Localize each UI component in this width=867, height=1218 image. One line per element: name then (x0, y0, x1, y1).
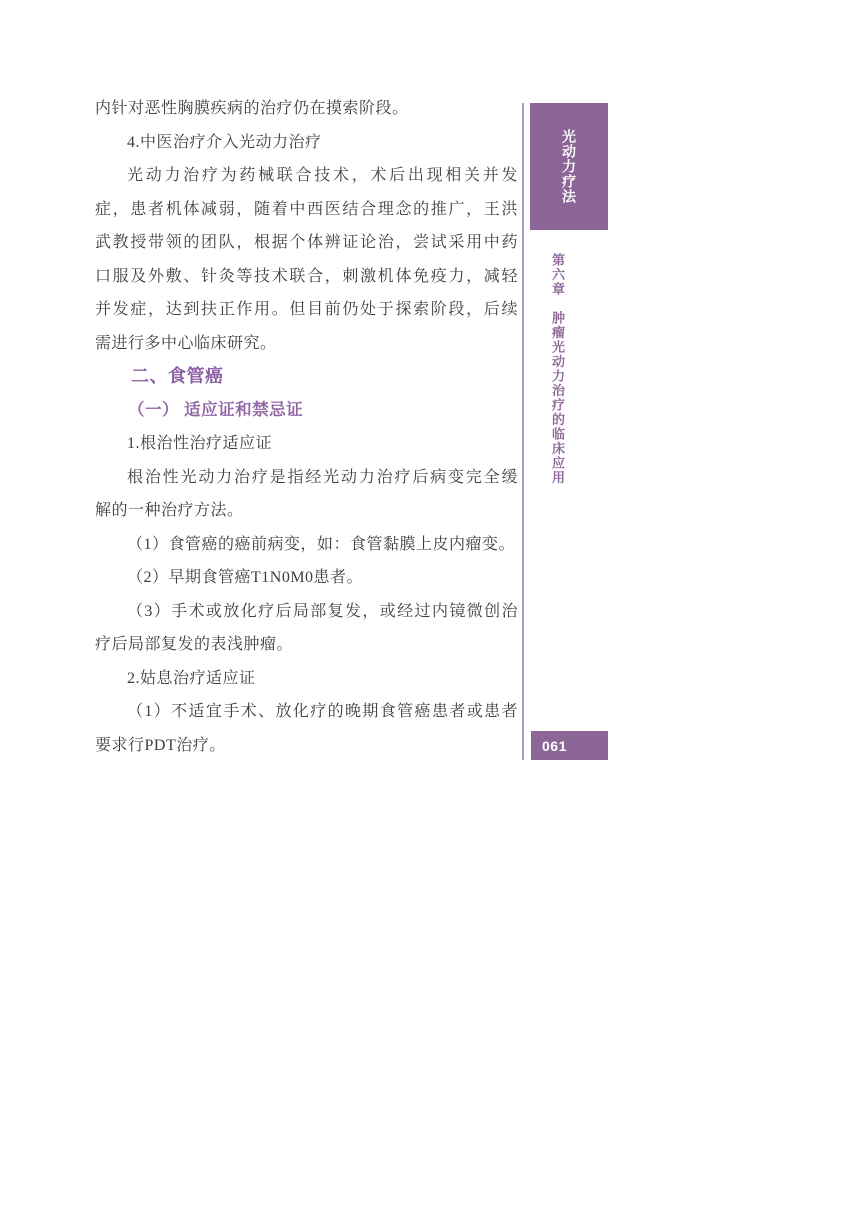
paragraph: 4.中医治疗介入光动力治疗 (95, 126, 518, 160)
paragraph: （3）手术或放化疗后局部复发，或经过内镜微创治疗后局部复发的表浅肿瘤。 (95, 595, 518, 662)
text-line: 疗后局部复发的表浅肿瘤。 (95, 628, 518, 662)
book-page: 内针对恶性胸膜疾病的治疗仍在摸索阶段。4.中医治疗介入光动力治疗光动力治疗为药械… (0, 0, 867, 1218)
page-number-badge: 061 (531, 731, 608, 760)
paragraph: （2）早期食管癌T1N0M0患者。 (95, 561, 518, 595)
book-title-vertical-label: 光动力疗法 (559, 129, 579, 204)
paragraph: 1.根治性治疗适应证 (95, 427, 518, 461)
text-line: 口服及外敷、针灸等技术联合，刺激机体免疫力，减轻 (95, 260, 518, 294)
text-line: 解的一种治疗方法。 (95, 494, 518, 528)
paragraph: （1）不适宜手术、放化疗的晚期食管癌患者或患者要求行PDT治疗。 (95, 695, 518, 762)
text-line: 要求行PDT治疗。 (95, 729, 518, 763)
text-line: 根治性光动力治疗是指经光动力治疗后病变完全缓 (95, 461, 518, 495)
subsection-heading: （一） 适应证和禁忌证 (95, 394, 518, 428)
chapter-label: 第六章 肿瘤光动力治疗的临床应用 (548, 253, 567, 553)
text-line: 并发症，达到扶正作用。但目前仍处于探索阶段，后续 (95, 293, 518, 327)
text-line: 2.姑息治疗适应证 (95, 662, 518, 696)
text-line: （3）手术或放化疗后局部复发，或经过内镜微创治 (95, 595, 518, 629)
paragraph: （1）食管癌的癌前病变，如：食管黏膜上皮内瘤变。 (95, 528, 518, 562)
text-line: 光动力治疗为药械联合技术，术后出现相关并发 (95, 159, 518, 193)
text-line: 武教授带领的团队，根据个体辨证论治，尝试采用中药 (95, 226, 518, 260)
text-line: 二、食管癌 (95, 360, 518, 394)
text-line: （2）早期食管癌T1N0M0患者。 (95, 561, 518, 595)
text-line: （1）食管癌的癌前病变，如：食管黏膜上皮内瘤变。 (95, 528, 518, 562)
text-line: 需进行多中心临床研究。 (95, 327, 518, 361)
paragraph: 光动力治疗为药械联合技术，术后出现相关并发症，患者机体减弱，随着中西医结合理念的… (95, 159, 518, 360)
sidebar-rule (522, 103, 524, 760)
book-title-tab: 光动力疗法 (530, 103, 608, 230)
text-line: 4.中医治疗介入光动力治疗 (95, 126, 518, 160)
text-line: 1.根治性治疗适应证 (95, 427, 518, 461)
section-heading: 二、食管癌 (95, 360, 518, 394)
paragraph: 内针对恶性胸膜疾病的治疗仍在摸索阶段。 (95, 92, 518, 126)
paragraph: 2.姑息治疗适应证 (95, 662, 518, 696)
text-line: 内针对恶性胸膜疾病的治疗仍在摸索阶段。 (95, 92, 518, 126)
body-text-column: 内针对恶性胸膜疾病的治疗仍在摸索阶段。4.中医治疗介入光动力治疗光动力治疗为药械… (95, 92, 518, 762)
text-line: （一） 适应证和禁忌证 (95, 394, 518, 428)
page-number-text: 061 (531, 738, 567, 754)
paragraph: 根治性光动力治疗是指经光动力治疗后病变完全缓解的一种治疗方法。 (95, 461, 518, 528)
text-line: 症，患者机体减弱，随着中西医结合理念的推广，王洪 (95, 193, 518, 227)
text-line: （1）不适宜手术、放化疗的晚期食管癌患者或患者 (95, 695, 518, 729)
